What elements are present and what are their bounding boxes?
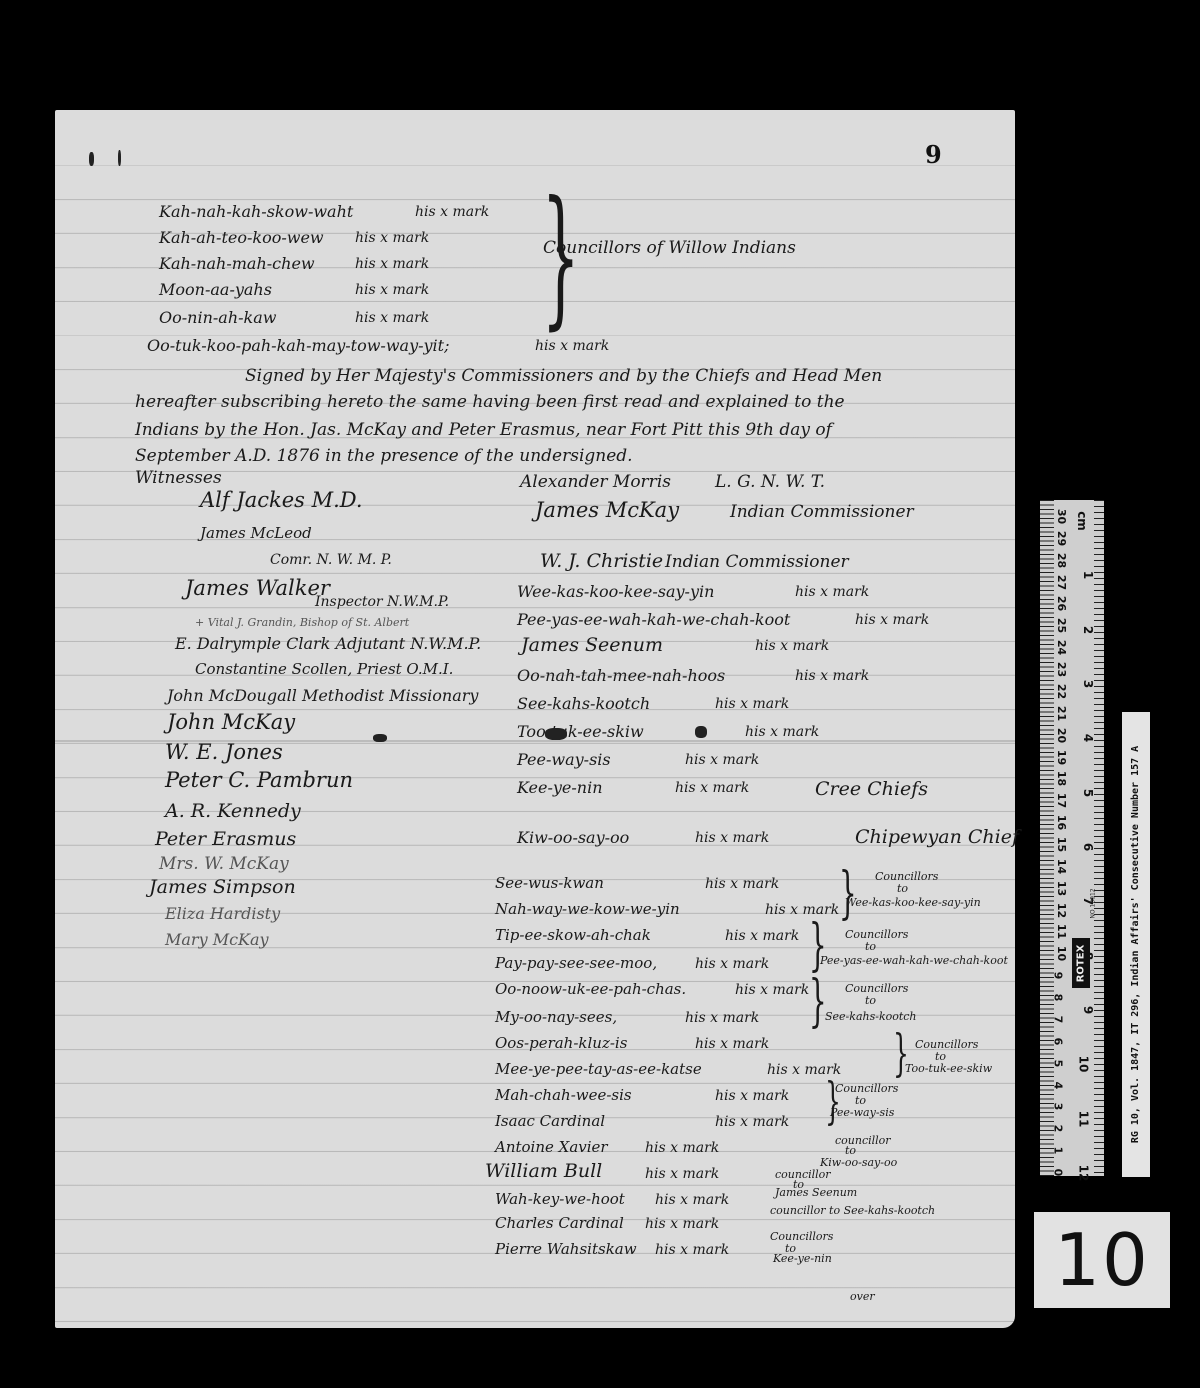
frame-number: 10 bbox=[1054, 1218, 1150, 1302]
councillor-mark: his x mark bbox=[715, 1114, 789, 1130]
chief-name: See-kahs-kootch bbox=[517, 694, 650, 713]
ruler-cm-label: 7 bbox=[1051, 1016, 1064, 1024]
ruler-cm-label: 19 bbox=[1055, 749, 1068, 764]
signer-name: Kah-ah-teo-koo-wew bbox=[159, 228, 324, 247]
ruler-inch-label: 1 bbox=[1081, 571, 1095, 579]
signer-name: Oo-tuk-koo-pah-kah-may-tow-way-yit; bbox=[147, 336, 450, 355]
councillor-name: Nah-way-we-kow-we-yin bbox=[495, 900, 680, 918]
ruler-inch-label: cm bbox=[1075, 511, 1089, 531]
note-line: Too-tuk-ee-skiw bbox=[905, 1062, 992, 1075]
note-to: to bbox=[865, 994, 876, 1007]
councillor-mark: his x mark bbox=[765, 902, 839, 918]
ruler-inch-label: 4 bbox=[1081, 734, 1095, 742]
chief-mark: his x mark bbox=[685, 752, 759, 768]
signer-mark: his x mark bbox=[535, 338, 609, 354]
chief-name: Pee-way-sis bbox=[517, 750, 611, 769]
note-to: to bbox=[865, 940, 876, 953]
commissioner-title: L. G. N. W. T. bbox=[715, 472, 825, 492]
chief-name: James Seenum bbox=[521, 634, 663, 656]
ruler-inch-label: 6 bbox=[1081, 843, 1095, 851]
councillor-name: Charles Cardinal bbox=[495, 1214, 624, 1232]
signer-mark: his x mark bbox=[355, 282, 429, 298]
note-line: See-kahs-kootch bbox=[825, 1010, 917, 1023]
councillor-name: Pay-pay-see-see-moo, bbox=[495, 954, 657, 972]
councillor-mark: his x mark bbox=[725, 928, 799, 944]
chief-mark: his x mark bbox=[795, 584, 869, 600]
witness: John McKay bbox=[167, 710, 295, 734]
ruler-cm-label: 27 bbox=[1055, 574, 1068, 589]
ruler-cm-label: 10 bbox=[1055, 946, 1068, 961]
attestation-line: Indians by the Hon. Jas. McKay and Peter… bbox=[135, 420, 832, 440]
ruler-cm-label: 13 bbox=[1055, 881, 1068, 896]
ruler-brand: ROTEX bbox=[1072, 938, 1090, 988]
witness: James McLeod bbox=[200, 524, 312, 542]
ink-blot bbox=[373, 734, 387, 742]
councillor-name: My-oo-nay-sees, bbox=[495, 1008, 617, 1026]
signer-mark: his x mark bbox=[355, 230, 429, 246]
councillor-name: Pierre Wahsitskaw bbox=[495, 1240, 637, 1258]
ruler-mm-scale bbox=[1040, 500, 1054, 1176]
ruler-cm-label: 22 bbox=[1055, 684, 1068, 699]
signer-mark: his x mark bbox=[355, 310, 429, 326]
signer-name: Moon-aa-yahs bbox=[159, 280, 272, 299]
note-line: Kee-ye-nin bbox=[773, 1252, 832, 1265]
ruler-cm-label: 25 bbox=[1055, 618, 1068, 633]
note-line: Councillors bbox=[915, 1038, 978, 1051]
note-to: to bbox=[897, 882, 908, 895]
ruler-inch-label: 5 bbox=[1081, 788, 1095, 796]
witnesses-heading: Witnesses bbox=[135, 468, 222, 488]
ruler-cm-label: 9 bbox=[1051, 972, 1064, 980]
chief-name: Too-tuk-ee-skiw bbox=[517, 722, 644, 741]
page-number: 9 bbox=[925, 140, 942, 169]
note-line: Councillors bbox=[835, 1082, 898, 1095]
chief-mark: his x mark bbox=[855, 612, 929, 628]
ruler-cm-label: 11 bbox=[1055, 924, 1068, 939]
note-line: Pee-way-sis bbox=[830, 1106, 894, 1119]
ruler-model: NO 16012 bbox=[1090, 888, 1097, 918]
ruler-inch-label: 9 bbox=[1081, 1006, 1095, 1014]
ruler-inch-label: 12 bbox=[1077, 1165, 1091, 1182]
ruler-cm-label: 1 bbox=[1051, 1147, 1064, 1155]
chief-name: Wee-kas-koo-kee-say-yin bbox=[517, 582, 714, 601]
note-line: Kiw-oo-say-oo bbox=[820, 1156, 897, 1169]
chief-mark: his x mark bbox=[745, 724, 819, 740]
witness: Peter C. Pambrun bbox=[165, 768, 353, 792]
ink-mark bbox=[89, 152, 94, 166]
group-label: Councillors of Willow Indians bbox=[543, 238, 796, 258]
councillor-mark: his x mark bbox=[645, 1216, 719, 1232]
councillor-mark: his x mark bbox=[685, 1010, 759, 1026]
councillor-name: Mah-chah-wee-sis bbox=[495, 1086, 632, 1104]
commissioner-title: Indian Commissioner bbox=[730, 502, 914, 522]
witness: W. E. Jones bbox=[165, 740, 283, 764]
ruler-cm-label: 2 bbox=[1051, 1125, 1064, 1133]
cree-chiefs-label: Cree Chiefs bbox=[815, 778, 928, 800]
attestation-line: Signed by Her Majesty's Commissioners an… bbox=[245, 366, 882, 386]
frame-number-card: 10 bbox=[1034, 1212, 1170, 1308]
ruler-cm-label: 24 bbox=[1055, 640, 1068, 655]
document-page: 9 Kah-nah-kah-skow-waht his x mark Kah-a… bbox=[55, 110, 1015, 1328]
councillor-name: Antoine Xavier bbox=[495, 1138, 608, 1156]
chief-mark: his x mark bbox=[715, 696, 789, 712]
witness: E. Dalrymple Clark Adjutant N.W.M.P. bbox=[175, 634, 481, 653]
ruler-cm-label: 30 bbox=[1055, 509, 1068, 524]
witness: Eliza Hardisty bbox=[165, 904, 280, 923]
councillor-mark: his x mark bbox=[655, 1192, 729, 1208]
ruler-cm-label: 4 bbox=[1051, 1081, 1064, 1089]
archive-label-text: RG 10, Vol. 1847, IT 296, Indian Affairs… bbox=[1131, 746, 1142, 1143]
note-line: councillor to See-kahs-kootch bbox=[770, 1204, 935, 1217]
councillor-name: See-wus-kwan bbox=[495, 874, 604, 892]
witness: Constantine Scollen, Priest O.M.I. bbox=[195, 660, 453, 678]
witness: Mrs. W. McKay bbox=[159, 854, 289, 874]
chief-mark: his x mark bbox=[675, 780, 749, 796]
ruler-cm-label: 23 bbox=[1055, 662, 1068, 677]
ruler-cm-label: 12 bbox=[1055, 902, 1068, 917]
chief-name: Oo-nah-tah-mee-nah-hoos bbox=[517, 666, 725, 685]
ruler-cm-label: 0 bbox=[1051, 1169, 1064, 1177]
signer-name: Kah-nah-kah-skow-waht bbox=[159, 202, 353, 221]
chief-mark: his x mark bbox=[795, 668, 869, 684]
councillor-name: Oo-noow-uk-ee-pah-chas. bbox=[495, 980, 686, 998]
witness: James Simpson bbox=[149, 876, 296, 898]
councillor-name: Isaac Cardinal bbox=[495, 1112, 605, 1130]
ruler-cm-label: 17 bbox=[1055, 793, 1068, 808]
ruler-cm-label: 16 bbox=[1055, 815, 1068, 830]
councillor-mark: his x mark bbox=[715, 1088, 789, 1104]
measuring-ruler: 3029282726252423222120191817161514131211… bbox=[1040, 500, 1104, 1176]
over-note: over bbox=[850, 1290, 875, 1303]
ruler-inch-label: 11 bbox=[1077, 1110, 1091, 1127]
ruler-brand-text: ROTEX bbox=[1076, 944, 1087, 982]
witness: + Vital J. Grandin, Bishop of St. Albert bbox=[195, 616, 409, 629]
councillor-name: Oos-perah-kluz-is bbox=[495, 1034, 627, 1052]
witness: Alf Jackes M.D. bbox=[200, 488, 363, 512]
ruler-cm-label: 28 bbox=[1055, 553, 1068, 568]
chief-name: Kiw-oo-say-oo bbox=[517, 828, 629, 847]
ruler-cm-label: 21 bbox=[1055, 706, 1068, 721]
ruler-cm-label: 6 bbox=[1051, 1037, 1064, 1045]
ruler-inch-label: 2 bbox=[1081, 625, 1095, 633]
councillor-mark: his x mark bbox=[655, 1242, 729, 1258]
councillor-mark: his x mark bbox=[645, 1166, 719, 1182]
ink-blot bbox=[545, 728, 567, 740]
ruler-inch-label: 3 bbox=[1081, 680, 1095, 688]
commissioner-name: W. J. Christie bbox=[540, 550, 663, 572]
councillor-mark: his x mark bbox=[695, 956, 769, 972]
attestation-line: September A.D. 1876 in the presence of t… bbox=[135, 446, 633, 466]
councillor-name: Wah-key-we-hoot bbox=[495, 1190, 625, 1208]
councillor-mark: his x mark bbox=[705, 876, 779, 892]
ruler-cm-label: 14 bbox=[1055, 859, 1068, 874]
ruler-cm-label: 26 bbox=[1055, 596, 1068, 611]
ruler-inch-scale bbox=[1094, 500, 1104, 1176]
note-line: Councillors bbox=[770, 1230, 833, 1243]
councillor-mark: his x mark bbox=[645, 1140, 719, 1156]
councillor-name: Tip-ee-skow-ah-chak bbox=[495, 926, 651, 944]
commissioner-title: Indian Commissioner bbox=[665, 552, 849, 572]
commissioner-name: James McKay bbox=[535, 498, 679, 522]
signer-name: Oo-nin-ah-kaw bbox=[159, 308, 276, 327]
chief-name: Pee-yas-ee-wah-kah-we-chah-koot bbox=[517, 610, 790, 629]
witness: A. R. Kennedy bbox=[165, 800, 301, 822]
signer-mark: his x mark bbox=[415, 204, 489, 220]
signer-mark: his x mark bbox=[355, 256, 429, 272]
commissioner-name: Alexander Morris bbox=[520, 472, 671, 492]
note-line: Councillors bbox=[845, 982, 908, 995]
councillor-name: William Bull bbox=[485, 1160, 602, 1182]
ink-blot bbox=[695, 726, 707, 738]
signer-name: Kah-nah-mah-chew bbox=[159, 254, 315, 273]
ruler-cm-label: 20 bbox=[1055, 728, 1068, 743]
councillor-mark: his x mark bbox=[735, 982, 809, 998]
witness: John McDougall Methodist Missionary bbox=[167, 686, 478, 705]
ruler-cm-label: 8 bbox=[1051, 994, 1064, 1002]
ruler-cm-label: 15 bbox=[1055, 837, 1068, 852]
note-line: Pee-yas-ee-wah-kah-we-chah-koot bbox=[820, 954, 1008, 967]
ruler-inch-label: 10 bbox=[1077, 1056, 1091, 1073]
attestation-line: hereafter subscribing hereto the same ha… bbox=[135, 392, 845, 412]
councillor-name: Mee-ye-pee-tay-as-ee-katse bbox=[495, 1060, 702, 1078]
ruler-cm-label: 5 bbox=[1051, 1059, 1064, 1067]
ruler-cm-label: 18 bbox=[1055, 771, 1068, 786]
councillor-mark: his x mark bbox=[695, 1036, 769, 1052]
witness-title: Inspector N.W.M.P. bbox=[315, 594, 449, 610]
witness: James Walker bbox=[185, 576, 330, 600]
chief-mark: his x mark bbox=[755, 638, 829, 654]
brace: } bbox=[839, 866, 857, 922]
note-line: Wee-kas-koo-kee-say-yin bbox=[845, 896, 981, 909]
chipewyan-chief-label: Chipewyan Chief bbox=[855, 826, 1019, 848]
witness-title: Comr. N. W. M. P. bbox=[270, 552, 392, 568]
chief-mark: his x mark bbox=[695, 830, 769, 846]
archive-label: RG 10, Vol. 1847, IT 296, Indian Affairs… bbox=[1122, 712, 1150, 1177]
ruler-cm-label: 29 bbox=[1055, 531, 1068, 546]
note-line: councillor bbox=[835, 1134, 891, 1147]
note-line: James Seenum bbox=[775, 1186, 857, 1199]
chief-name: Kee-ye-nin bbox=[517, 778, 603, 797]
ink-mark bbox=[118, 150, 121, 166]
note-line: Councillors bbox=[845, 928, 908, 941]
ruler-cm-label: 3 bbox=[1051, 1103, 1064, 1111]
witness: Mary McKay bbox=[165, 930, 269, 949]
witness: Peter Erasmus bbox=[155, 828, 296, 850]
